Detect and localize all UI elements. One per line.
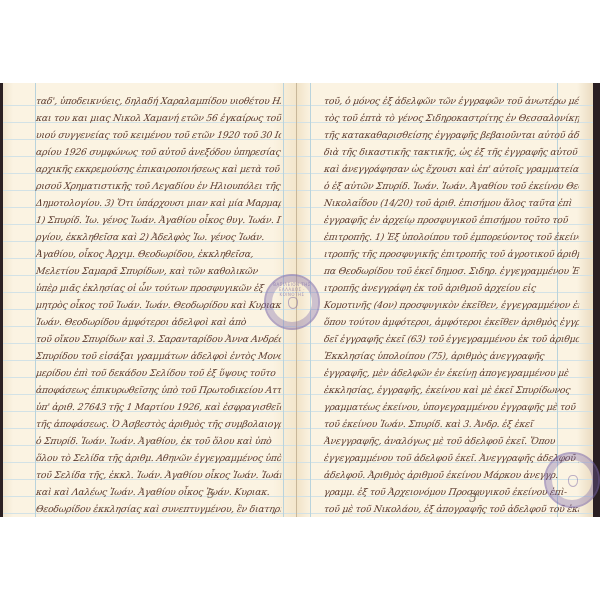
crest-icon bbox=[288, 297, 298, 309]
handwritten-line: τῆς κατακαθαρισθείσης ἐγγραφῆς βεβαιοῦντ… bbox=[323, 127, 580, 144]
handwritten-line: και του και μιας Νικολ Χαμανή ετῶν 56 ἐγ… bbox=[35, 110, 282, 127]
handwritten-line: ἐκκλησίας, ἐγγραφῆς, ἐκείνου καὶ μὲ ἐκεῖ… bbox=[323, 382, 580, 399]
handwritten-line: ἐγγεγραμμένου τοῦ ἀδελφοῦ ἐκεῖ. Ἀνεγγραφ… bbox=[323, 450, 580, 467]
handwritten-line: 1) Σπυρίδ. Ἰω. γένος Ἰωάν. Ἀγαθίου οἶκος… bbox=[35, 212, 282, 229]
handwritten-line: δεῖ ἐγγραφῆς ἐκεῖ (63) τοῦ ἐγγεγραμμένου… bbox=[323, 331, 580, 348]
handwritten-line: ὁ ἐξ αὐτῶν Σπυρίδ. Ἰωάν. Ἰωάν. Ἀγαθίου τ… bbox=[323, 178, 580, 195]
handwritten-line: διὰ τῆς δικαστικῆς τακτικῆς, ὡς ἐξ τῆς ἐ… bbox=[323, 144, 580, 161]
handwritten-line: Ἰωάν. Θεοδωρίδου ἀμφότεροι ἀδελφοὶ καὶ ἀ… bbox=[35, 314, 282, 331]
handwritten-line: πα Θεοδωρίδου τοῦ ἐκεῖ δημοσ. Σιδηρ. ἐγγ… bbox=[323, 263, 580, 280]
handwritten-line: Μελετίου Σαμαρᾶ Σπυρίδων, καὶ τῶν καθολι… bbox=[35, 263, 282, 280]
handwritten-line: Νικολαΐδου (14/20) τοῦ ἀριθ. ἐπισήμου ἅλ… bbox=[323, 195, 580, 212]
handwritten-line: ὅλου τὸ Σελίδα τῆς ἀριθμ. Αθηνῶν ἐγγεγρα… bbox=[35, 450, 282, 467]
handwritten-line: ἐπιτροπῆς. 1) Ἐξ ὑπολοίπου τοῦ ἐμπορεύον… bbox=[323, 229, 580, 246]
handwritten-line: αρίου 1926 συμφώνως τοῦ αὐτοῦ ἀνεξόδου ὑ… bbox=[35, 144, 282, 161]
left-page: ταδ', ὑποδεικνύεις, δηλαδή Χαραλαμπίδου … bbox=[3, 83, 296, 517]
crest-icon bbox=[568, 475, 578, 487]
handwritten-line: τοῦ, ὁ μόνος ἐξ ἀδελφῶν τῶν ἐγγραφῶν τοῦ… bbox=[323, 93, 580, 110]
handwritten-line: τῆς ἀποφάσεως. Ὁ Ἀσβεστὸς ἀριθμὸς τῆς συ… bbox=[35, 416, 282, 433]
handwritten-line: ὑπὲρ μιᾶς ἐκλησίας οἱ ὧν τούτων προσφυγι… bbox=[35, 280, 282, 297]
official-seal-stamp-center: ΒΑΣΙΛΕΙΟΝ ΤΗΣ ΕΛΛΑΔΟΣ · ΚΟΙΝΟΤΗΣ bbox=[264, 274, 320, 330]
handwritten-line: ταδ', ὑποδεικνύεις, δηλαδή Χαραλαμπίδου … bbox=[35, 93, 282, 110]
handwritten-line: ιτροπῆς ἀνεγγράφη ἐκ τοῦ ἀριθμοῦ ἀρχείου… bbox=[323, 280, 580, 297]
page-number-right: 5' bbox=[469, 491, 480, 505]
handwritten-line: τὸς τοῦ ἑπτὰ τὸ γένος Σιδηροκαστρίτης ἐν… bbox=[323, 110, 580, 127]
handwritten-line: Ἐκκλησίας ὑπολοίπου (75), ἀριθμὸς ἀνεγγρ… bbox=[323, 348, 580, 365]
handwritten-line: ρισοῦ Χρηματιστικῆς τοῦ Λεγαδίου ἐν Ηλιο… bbox=[35, 178, 282, 195]
handwritten-line: Ἀγαθίου, οἶκος Ἀρχιμ. Θεοδωρίδου, ἐκκληθ… bbox=[35, 246, 282, 263]
official-seal-stamp-bottom-right bbox=[544, 452, 600, 508]
handwritten-line: Ἀνεγγραφῆς, ἀναλόγως μὲ τοῦ ἀδελφοῦ ἐκεῖ… bbox=[323, 433, 580, 450]
handwritten-line: τοῦ Σελίδα τῆς, ἐκκλ. Ἰωάν. Ἀγαθίου οἶκο… bbox=[35, 467, 282, 484]
right-page-handwriting: τοῦ, ὁ μόνος ἐξ ἀδελφῶν τῶν ἐγγραφῶν τοῦ… bbox=[324, 93, 579, 517]
handwritten-line: Κομοτινῆς (4ον) προσφυγικὸν ἐκεῖθεν, ἐγγ… bbox=[323, 297, 580, 314]
handwritten-line: καὶ ἀνεγγράφησαν ὡς ἔχουσι καὶ ἐπ' αὐτοῖ… bbox=[323, 161, 580, 178]
handwritten-line: ἐγγραφῆς, μὲν ἀδελφῶν ἐν ἐκείνῃ ἀπογεγρα… bbox=[323, 365, 580, 382]
page-number-left: 5 bbox=[207, 487, 215, 501]
handwritten-line: τοῦ μὲ τοῦ Νικολάου, ἐξ ἀπογραφῆς τοῦ ἀδ… bbox=[323, 501, 580, 517]
handwritten-line: ὁ Σπυρίδ. Ἰωάν. Ἰωάν. Ἀγαθίου, ἐκ τοῦ ὅλ… bbox=[35, 433, 282, 450]
handwritten-line: αρχικῆς εκκρεμούσης ἐπικαιροποιήσεως καὶ… bbox=[35, 161, 282, 178]
handwritten-line: ἐγγραφῆς ἐν ἀρχείῳ προσφυγικοῦ ἐπισήμου … bbox=[323, 212, 580, 229]
handwritten-line: ιτροπῆς τῆς προσφυγικῆς ἐπιτροπῆς τοῦ ἀγ… bbox=[323, 246, 580, 263]
handwritten-line: μερίδου ἐπὶ τοῦ δεκάδου Σελίδου τοῦ ἐξ ὕ… bbox=[35, 365, 282, 382]
handwritten-line: Σπυρίδου τοῦ εἰσάξαι γραμμάτων ἀδελφοὶ ἐ… bbox=[35, 348, 282, 365]
handwritten-line: γραμματέως ἐκείνου, ὑπογεγραμμένου ἐγγρα… bbox=[323, 399, 580, 416]
handwritten-line: τοῦ ἐκείνου Ἰωάν. Σπυρίδ. καὶ 3. Ἀνδρ. ἐ… bbox=[323, 416, 580, 433]
handwritten-line: Θεοδωρίδου ἐκκλησίας καὶ συνεπτυγμένου, … bbox=[35, 501, 282, 517]
stamp-text: ΒΑΣΙΛΕΙΟΝ ΤΗΣ ΕΛΛΑΔΟΣ · ΚΟΙΝΟΤΗΣ bbox=[266, 282, 318, 297]
handwritten-line: υιού συγγενείας τοῦ κειμένου τοῦ ετῶν 19… bbox=[35, 127, 282, 144]
right-page: τοῦ, ὁ μόνος ἐξ ἀδελφῶν τῶν ἐγγραφῶν τοῦ… bbox=[297, 83, 593, 517]
handwritten-line: μητρὸς οἶκος τοῦ Ἰωάν. Ἰωάν. Θεοδωρίδου … bbox=[35, 297, 282, 314]
handwritten-line: Δημοτολογίου. 3) Ὅτι ὑπάρχουσι μιαν καὶ … bbox=[35, 195, 282, 212]
handwritten-line: ὑπ' ἀριθ. 27643 τῆς 1 Μαρτίου 1926, καὶ … bbox=[35, 399, 282, 416]
handwritten-line: ἀδελφοῦ. Ἀριθμὸς ἀριθμοῦ ἐκείνου Μάρκου … bbox=[323, 467, 580, 484]
handwritten-line: ἀποφάσεως ἐπικυρωθεῖσης ὑπὸ τοῦ Πρωτοδικ… bbox=[35, 382, 282, 399]
handwritten-line: ργίου, ἐκκληθεῖσα καὶ 2) Ἀδελφὸς Ἰω. γέν… bbox=[35, 229, 282, 246]
handwritten-line: τοῦ οἴκου Σπυρίδων καὶ 3. Σαρανταρίδου Ἀ… bbox=[35, 331, 282, 348]
handwritten-line: καὶ καὶ Λαλέως Ἰωάν. Ἀγαθίου οἶκος Ἰωάν.… bbox=[35, 484, 282, 501]
handwritten-line: ὅπου τούτου ἀμφότεροι, ἀμφότεροι ἐκεῖθεν… bbox=[323, 314, 580, 331]
left-page-handwriting: ταδ', ὑποδεικνύεις, δηλαδή Χαραλαμπίδου … bbox=[36, 93, 281, 517]
handwritten-line: γραμμ. ἐξ τοῦ Ἀρχειονόμου Προσφυγικοῦ ἐκ… bbox=[323, 484, 580, 501]
